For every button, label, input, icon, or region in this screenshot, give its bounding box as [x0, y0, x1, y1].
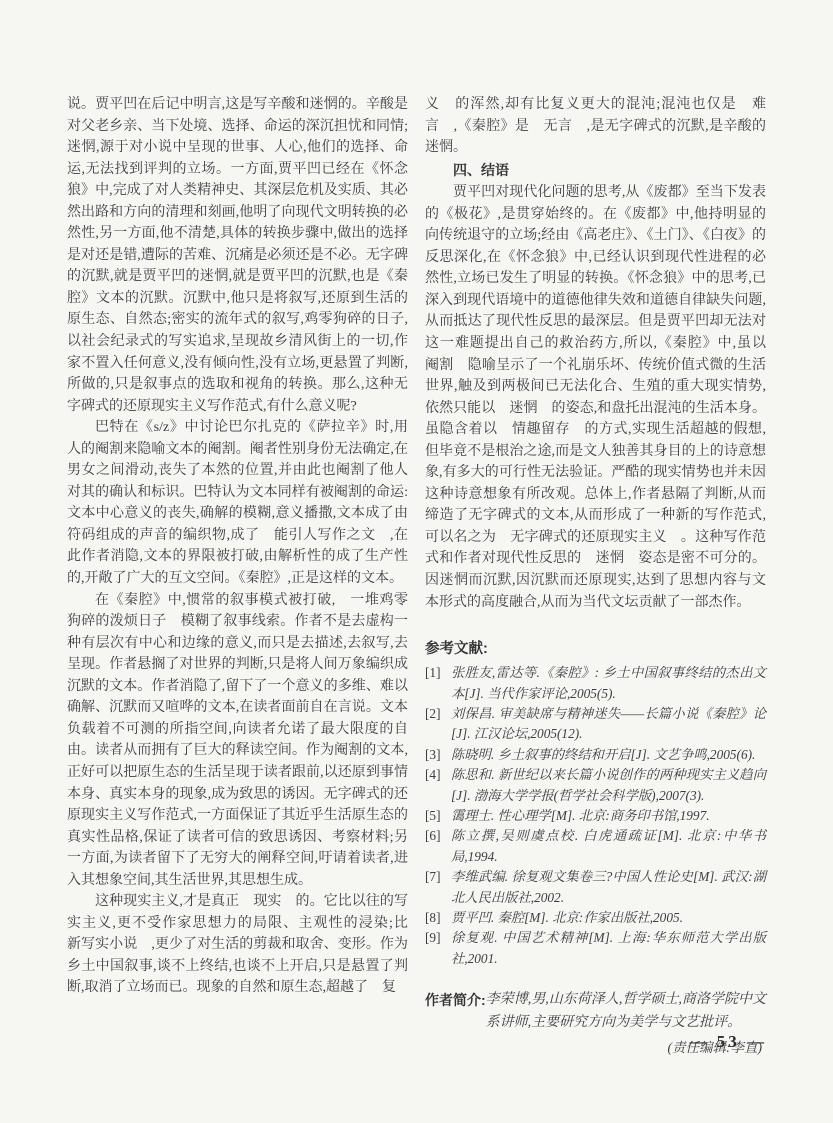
reference-item: [9] 徐复观. 中国艺术精神[M]. 上海:华东师范大学出版社,2001. [425, 928, 766, 969]
reference-marker: [5] [425, 806, 451, 826]
reference-marker: [6] [425, 826, 451, 867]
references-section: 参考文献: [1] 张胜友,雷达等.《秦腔》: 乡土中国叙事终结的杰出文本[J]… [425, 638, 766, 969]
paragraph: 在《秦腔》中,惯常的叙事模式被打破, 一堆鸡零狗碎的泼烦日子 模糊了叙事线索。作… [67, 590, 408, 892]
reference-marker: [7] [425, 867, 451, 908]
reference-text: 霭理士. 性心理学[M]. 北京:商务印书馆,1997. [451, 806, 766, 826]
reference-marker: [4] [425, 765, 451, 806]
author-bio-label: 作者简介: [425, 989, 486, 1034]
right-column: 义 的浑然,却有比复义更大的混沌;混沌也仅是 难言 ,《秦腔》是 无言 ,是无字… [425, 94, 766, 1059]
reference-text: 陈晓明. 乡土叙事的终结和开启[J]. 文艺争鸣,2005(6). [451, 745, 766, 765]
paragraph: 巴特在《s/z》中讨论巴尔扎克的《萨拉辛》时,用人的阉割来隐喻文本的阉割。阉者性… [67, 417, 408, 589]
reference-text: 张胜友,雷达等.《秦腔》: 乡土中国叙事终结的杰出文本[J]. 当代作家评论,2… [451, 663, 766, 704]
reference-item: [7] 李维武编. 徐复观文集卷三?中国人性论史[M]. 武汉:湖北人民出版社,… [425, 867, 766, 908]
reference-marker: [3] [425, 745, 451, 765]
reference-marker: [2] [425, 704, 451, 745]
reference-text: 贾平凹. 秦腔[M]. 北京:作家出版社,2005. [451, 908, 766, 928]
paragraph: 这种现实主义,才是真正 现实 的。它比以往的写实主义,更不受作家思想力的局限、主… [67, 891, 408, 999]
author-bio-text: 李荣博,男,山东荷泽人,哲学硕士,商洛学院中文系讲师,主要研究方向为美学与文艺批… [486, 989, 766, 1034]
two-column-layout: 说。贾平凹在后记中明言,这是写辛酸和迷惘的。辛酸是对父老乡亲、当下处境、选择、命… [67, 94, 766, 1059]
reference-text: 李维武编. 徐复观文集卷三?中国人性论史[M]. 武汉:湖北人民出版社,2002… [451, 867, 766, 908]
paper-page: 说。贾平凹在后记中明言,这是写辛酸和迷惘的。辛酸是对父老乡亲、当下处境、选择、命… [0, 0, 833, 1123]
reference-marker: [9] [425, 928, 451, 969]
reference-item: [5] 霭理士. 性心理学[M]. 北京:商务印书馆,1997. [425, 806, 766, 826]
reference-text: 刘保昌. 审美缺席与精神迷失——长篇小说《秦腔》论[J]. 江汉论坛,2005(… [451, 704, 766, 745]
reference-text: 陈思和. 新世纪以来长篇小说创作的两种现实主义趋向[J]. 渤海大学学报(哲学社… [451, 765, 766, 806]
reference-item: [4] 陈思和. 新世纪以来长篇小说创作的两种现实主义趋向[J]. 渤海大学学报… [425, 765, 766, 806]
left-column: 说。贾平凹在后记中明言,这是写辛酸和迷惘的。辛酸是对父老乡亲、当下处境、选择、命… [67, 94, 408, 1059]
reference-item: [6] 陈立撰,吴则虞点校. 白虎通疏证[M]. 北京:中华书局,1994. [425, 826, 766, 867]
reference-item: [8] 贾平凹. 秦腔[M]. 北京:作家出版社,2005. [425, 908, 766, 928]
reference-item: [2] 刘保昌. 审美缺席与精神迷失——长篇小说《秦腔》论[J]. 江汉论坛,2… [425, 704, 766, 745]
reference-marker: [1] [425, 663, 451, 704]
reference-marker: [8] [425, 908, 451, 928]
section-heading: 四、结语 [425, 160, 766, 182]
reference-item: [3] 陈晓明. 乡土叙事的终结和开启[J]. 文艺争鸣,2005(6). [425, 745, 766, 765]
reference-item: [1] 张胜友,雷达等.《秦腔》: 乡土中国叙事终结的杰出文本[J]. 当代作家… [425, 663, 766, 704]
reference-text: 陈立撰,吴则虞点校. 白虎通疏证[M]. 北京:中华书局,1994. [451, 826, 766, 867]
reference-text: 徐复观. 中国艺术精神[M]. 上海:华东师范大学出版社,2001. [451, 928, 766, 969]
page-number: — 53 — [690, 1032, 768, 1052]
author-bio: 作者简介: 李荣博,男,山东荷泽人,哲学硕士,商洛学院中文系讲师,主要研究方向为… [425, 989, 766, 1034]
paragraph-continuation: 义 的浑然,却有比复义更大的混沌;混沌也仅是 难言 ,《秦腔》是 无言 ,是无字… [425, 94, 766, 159]
paragraph: 说。贾平凹在后记中明言,这是写辛酸和迷惘的。辛酸是对父老乡亲、当下处境、选择、命… [67, 94, 408, 417]
paragraph: 贾平凹对现代化问题的思考,从《废都》至当下发表的《极花》,是贯穿始终的。在《废都… [425, 182, 766, 613]
references-heading: 参考文献: [425, 638, 766, 660]
